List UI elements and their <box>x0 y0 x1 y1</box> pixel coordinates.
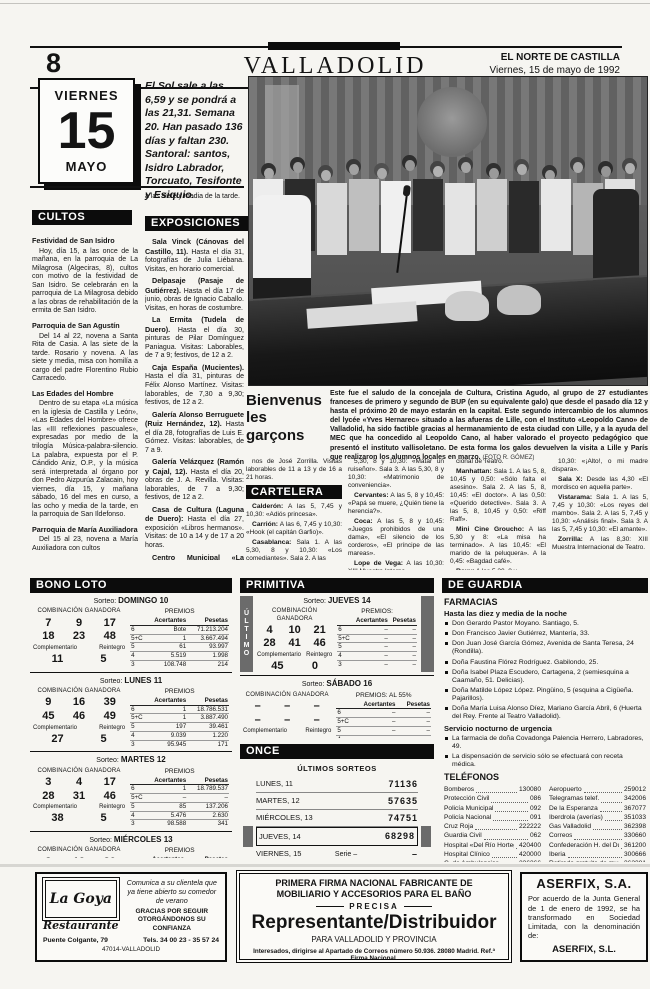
cinema-listing: 5,30, 8 y 10,30: «Matar un ruiseñor». Sa… <box>348 458 444 490</box>
cultos-header: CULTOS <box>32 210 132 225</box>
prize-row: 395.945171 <box>130 740 229 748</box>
phone-number: 086 <box>530 795 541 803</box>
phone-number: 361200 <box>624 842 646 850</box>
phone-number: 362381 <box>624 860 646 862</box>
phone-name: Confederación H. del Duero <box>549 842 619 850</box>
cinema-name: Calderón: <box>252 503 283 510</box>
exposiciones-header: EXPOSICIONES <box>145 216 255 231</box>
exposicion-details: Hasta el día 31, pinturas de Félix Alons… <box>145 373 244 406</box>
cartelera-column-4: 10,30: «¡Alto!, o mi madre dispara».Sala… <box>552 458 648 570</box>
once-section: ONCE ÚLTIMOS SORTEOS LUNES, 11 71136 MAR… <box>240 744 434 858</box>
phone-entry: Iberia300666 <box>549 851 646 859</box>
dotted-leader <box>600 811 622 812</box>
calendar-day-name: VIERNES <box>54 89 118 102</box>
prize-row: 5–– <box>336 726 431 735</box>
once-day: JUEVES, 14 <box>259 833 321 841</box>
prizes-panel: PREMIOS AcertantesPesetas 6Bote71.213.20… <box>130 608 229 668</box>
nocturno-item: La farmacia de doña Covadonga Palencia H… <box>444 735 646 751</box>
cultos-entry-body: Dentro de su etapa «La música en la igle… <box>32 400 138 519</box>
dotted-leader <box>491 802 528 803</box>
draw-name: MIÉRCOLES 13 <box>114 835 173 844</box>
prize-row: 6Bote71.213.204 <box>130 625 229 634</box>
dotted-leader <box>516 848 517 849</box>
top-hairline <box>0 3 650 4</box>
exposicion-entry: Galería Velázquez (Ramón y Cajal, 12). H… <box>145 458 244 503</box>
newspaper-name: EL NORTE DE CASTILLA <box>490 51 620 64</box>
prize-row: 3–– <box>337 660 417 668</box>
cinema-showtimes: cional de Teatro. <box>456 458 504 465</box>
bono-loto-section: BONO LOTO Sorteo: DOMINGO 10 COMBINACIÓN… <box>30 578 232 858</box>
once-winning-number: – <box>374 850 418 859</box>
dotted-leader <box>492 857 517 858</box>
winning-number: 46 <box>94 790 125 803</box>
winning-number: – <box>243 714 272 727</box>
dotted-leader <box>493 820 528 821</box>
header-accent-bar <box>268 42 400 50</box>
prize-row: 45.4762.630 <box>130 811 229 820</box>
distributor-ad-precisa: PRECISA <box>248 902 500 912</box>
calendar-month: MAYO <box>66 160 108 173</box>
la-goya-address: Puente Colgante, 79 <box>43 937 108 945</box>
prize-row: 5+C–– <box>130 794 229 803</box>
prize-row: 5–– <box>337 643 417 652</box>
winning-number: 3 <box>33 856 64 858</box>
winning-number: 49 <box>94 710 125 723</box>
reintegro-value: 5 <box>100 653 106 665</box>
photo-bags <box>445 291 489 321</box>
phone-entry: Telegramas telef.342006 <box>549 795 646 803</box>
prize-row: 4–– <box>337 652 417 661</box>
phone-number: 130080 <box>519 786 541 794</box>
once-draw-row: JUEVES, 14 68298 <box>256 827 418 846</box>
photo-tapestry-medallion <box>417 87 487 157</box>
cultos-entry-heading: Parroquia de San Agustín <box>32 322 138 331</box>
prizes-panel: PREMIOS: AcertantesPesetas 6––5+C––5––4–… <box>337 608 417 672</box>
once-draw-row: MIÉRCOLES, 13 74751 <box>256 810 418 827</box>
phone-entry: Aeropuerto259012 <box>549 786 646 794</box>
cinema-showtimes: 10,30: «¡Alto!, o mi madre dispara». <box>552 458 648 473</box>
phone-name: Gas Valladolid <box>549 823 591 831</box>
prizes-panel: PREMIOS AcertantesPesetas 6118.789.5375+… <box>130 768 229 828</box>
la-goya-postal: 47014-VALLADOLID <box>43 946 219 954</box>
cinema-listing: Zorrilla: A las 8,30: XIII Muestra Inter… <box>552 536 648 552</box>
sorteo-label: Sorteo: <box>96 757 119 764</box>
cinema-name: Cervantes: <box>354 492 389 499</box>
once-winning-number: 57635 <box>374 797 418 806</box>
winning-number: 7 <box>33 617 64 630</box>
phone-number: 342006 <box>624 795 646 803</box>
aserfix-body: Por acuerdo de la Junta General de 1 de … <box>528 894 640 940</box>
reintegro-label: Reintegro <box>99 645 125 652</box>
cinema-listing: Lope de Vega: A las 10,30: XIII Muestra … <box>348 560 444 570</box>
cinema-listing: Calderón: A las 5, 7,45 y 10,30: «Adiós … <box>246 503 342 519</box>
cultos-entry-body: Hoy, día 15, a las once de la mañana, en… <box>32 248 138 316</box>
winning-number: – <box>243 700 272 713</box>
prizes-table: AcertantesPesetas 6Bote108.797.3705+C497… <box>130 856 229 858</box>
cultos-entry-body: Del 14 al 22, novena a Santa Rita de Cas… <box>32 333 138 384</box>
winning-number: 9 <box>64 617 95 630</box>
once-day: LUNES, 11 <box>256 780 318 788</box>
dotted-leader <box>484 839 528 840</box>
phone-entry: Policía Nacional091 <box>444 814 541 822</box>
once-draw-row: MARTES, 12 57635 <box>256 793 418 810</box>
dotted-leader <box>574 839 622 840</box>
prizes-label: PREMIOS <box>130 768 229 776</box>
phone-entry: Correos330660 <box>549 832 646 840</box>
cultos-entry-heading: Las Edades del Hombre <box>32 390 138 399</box>
cultos-column: Festividad de San Isidro Hoy, día 15, a … <box>32 231 138 561</box>
cartelera-column-3: cional de Teatro.Manhattan: Sala 1. A la… <box>450 458 546 570</box>
prizes-label: PREMIOS <box>130 847 229 855</box>
acertantes-header: Acertantes <box>144 777 187 785</box>
primitiva-section: PRIMITIVA ÚLTIMO Sorteo: JUEVES 14 COMBI… <box>240 578 434 738</box>
winning-number: 28 <box>257 637 282 650</box>
de-guardia-header: DE GUARDIA <box>442 578 648 593</box>
telefonos-right-column: Aeropuerto259012 Telegramas telef.342006… <box>549 786 646 862</box>
prize-row: 585137.206 <box>130 802 229 811</box>
masthead: EL NORTE DE CASTILLA Viernes, 15 de mayo… <box>490 51 620 77</box>
prizes-table: AcertantesPesetas 6––5+C––5––4––3–– <box>337 617 417 669</box>
sorteo-label: Sorteo: <box>303 598 326 605</box>
winning-combination: COMBINACIÓN GANADORA 41021284146 Complem… <box>257 608 332 672</box>
la-goya-logo: La Goya <box>45 880 117 918</box>
prizes-table: AcertantesPesetas 6Bote71.213.2045+C13.6… <box>130 617 229 669</box>
phone-name: Hospital Clínico <box>444 851 490 859</box>
phone-name: Iberia <box>549 851 566 859</box>
left-divider <box>30 186 244 188</box>
phone-number: 330660 <box>624 832 646 840</box>
phone-name: Telegramas telef. <box>549 795 599 803</box>
phone-number: 300666 <box>624 851 646 859</box>
prizes-panel: PREMIOS AcertantesPesetas 6Bote108.797.3… <box>130 847 229 858</box>
dotted-leader <box>601 802 622 803</box>
cinema-listing: Coca: A las 5, 8 y 10,45: «Juegos prohib… <box>348 518 444 558</box>
pesetas-header: Pesetas <box>397 701 432 709</box>
la-goya-ad: La Goya Restaurante Comunica a su client… <box>35 872 227 962</box>
exposicion-entry: Casa de Cultura (Laguna de Duero): Hasta… <box>145 506 244 551</box>
prize-row: 5+C13.887.490 <box>130 714 229 723</box>
draw-name: SÁBADO 16 <box>326 679 372 688</box>
reintegro-value: 5 <box>101 812 107 824</box>
dotted-leader <box>475 829 517 830</box>
farmacia-item: Doña Isabel Plaza Escudero, Cartagena, 2… <box>444 669 646 685</box>
prize-row: 4–– <box>336 735 431 738</box>
telefonos-title: TELÉFONOS <box>444 772 646 784</box>
aserfix-ad: ASERFIX, S.A. Por acuerdo de la Junta Ge… <box>520 872 648 962</box>
farmacias-title: FARMACIAS <box>444 597 646 609</box>
distributor-ad-contact: Interesados, dirigirse al Apartado de Co… <box>248 948 500 964</box>
lottery-draw: Sorteo: MIÉRCOLES 13 COMBINACIÓN GANADOR… <box>30 831 232 858</box>
winning-number: 23 <box>64 630 95 643</box>
reintegro-label: Reintegro <box>99 804 125 811</box>
dotted-leader <box>495 811 528 812</box>
acertantes-header: Acertantes <box>144 697 187 705</box>
phone-entry: De la Esperanza367077 <box>549 805 646 813</box>
distributor-ad-headline: PRIMERA FIRMA NACIONAL FABRICANTE DE MOB… <box>248 878 500 900</box>
winning-number: 46 <box>64 710 95 723</box>
prizes-label: PREMIOS <box>130 608 229 616</box>
photo-crowd-faces <box>264 168 274 179</box>
phone-number: 092 <box>530 805 541 813</box>
cinema-name: Casablanca: <box>252 539 291 546</box>
complementario-label: Complementario <box>33 725 77 732</box>
cultos-entry-heading: Parroquia de María Auxiliadora <box>32 526 138 535</box>
cinema-name: Coca: <box>354 518 373 525</box>
dotted-leader <box>605 820 622 821</box>
farmacia-item: Don Francisco Javier Gutiérrez, Mantería… <box>444 630 646 638</box>
winning-number: 3 <box>33 776 64 789</box>
phone-entry: Gas Valladolid362398 <box>549 823 646 831</box>
once-subtitle: ÚLTIMOS SORTEOS <box>240 764 434 773</box>
draw-name: LUNES 11 <box>124 676 162 685</box>
phone-name: C. de Ambulancias <box>444 860 499 862</box>
farmacia-item: Don Juan José García Gómez, Avenida de S… <box>444 640 646 656</box>
cultos-entry-heading: Festividad de San Isidro <box>32 237 138 246</box>
cinema-listing: Mini Cine Groucho: A las 5,30 y 8: «La m… <box>450 526 546 566</box>
prize-row: 49.0391.220 <box>130 731 229 740</box>
farmacia-item: Doña Faustina Flórez Rodríguez. Gabilond… <box>444 659 646 667</box>
once-day: MARTES, 12 <box>256 797 318 805</box>
cinema-name: Sala X: <box>558 476 583 483</box>
calendar-box: VIERNES 15 MAYO <box>38 78 135 184</box>
cinema-name: Manhattan: <box>456 468 492 475</box>
lottery-draw: Sorteo: SÁBADO 16 COMBINACIÓN GANADORA –… <box>240 675 434 738</box>
phone-name: Hospital «Del Río Hortega» <box>444 842 514 850</box>
winning-combination: COMBINACIÓN GANADORA 31920213237 Complem… <box>33 847 125 858</box>
cinema-name: Roxy: <box>456 568 475 570</box>
prizes-label: PREMIOS <box>130 688 229 696</box>
phone-name: Policía Municipal <box>444 805 493 813</box>
winning-number: 9 <box>33 696 64 709</box>
cinema-listing: Roxy: A las 5,30, 8 y <box>450 568 546 570</box>
farmacia-item: Don Gerardo Pastor Moyano. Santiago, 5. <box>444 620 646 628</box>
once-winning-number: 71136 <box>374 780 418 789</box>
winning-number: 31 <box>64 790 95 803</box>
winning-number: 28 <box>33 790 64 803</box>
sorteo-label: Sorteo: <box>302 681 325 688</box>
prizes-label: PREMIOS: AL 55% <box>336 692 431 700</box>
phone-entry: Guardia Civil062 <box>444 832 541 840</box>
complementario-value: 38 <box>51 812 63 824</box>
winning-number: – <box>272 714 301 727</box>
dotted-leader <box>476 792 517 793</box>
draw-name: JUEVES 14 <box>328 596 371 605</box>
reintegro-label: Reintegro <box>306 652 332 659</box>
cultos-entry-body: Del 15 al 23, novena a María Auxiliadora… <box>32 536 138 553</box>
telefonos-left-column: Bomberos130080 Protección Civil086 Polic… <box>444 786 541 862</box>
winning-number: – <box>302 714 331 727</box>
prizes-panel: PREMIOS AcertantesPesetas 6118.786.5315+… <box>130 688 229 748</box>
prize-row: 6–– <box>336 709 431 718</box>
reintegro-value: 5 <box>101 733 107 745</box>
phone-entry: Confederación H. del Duero361200 <box>549 842 646 850</box>
winning-combination: COMBINACIÓN GANADORA 7917182348 Compleme… <box>33 608 125 668</box>
cinema-listing: cional de Teatro. <box>450 458 546 466</box>
nocturno-title: Servicio nocturno de urgencia <box>444 724 646 734</box>
cinema-name: Mini Cine Groucho: <box>456 526 524 533</box>
page-number: 8 <box>46 50 61 77</box>
cinema-name: Lope de Vega: <box>354 560 403 567</box>
prize-row: 6118.786.531 <box>130 705 229 714</box>
winning-number: 4 <box>64 776 95 789</box>
phone-entry: Retirada gratuita de muebles362381 <box>549 860 646 862</box>
nocturno-item: La dispensación de servicio sólo se efec… <box>444 753 646 769</box>
farmacia-item: Doña María Luisa Alonso Díez, Mariano Ga… <box>444 705 646 721</box>
phone-name: De la Esperanza <box>549 805 598 813</box>
exposicion-entry: Sala Vinck (Cánovas del Castillo, 11). H… <box>145 238 244 274</box>
cinema-name: Vistarama: <box>558 494 592 501</box>
once-draw-row: VIERNES, 15 Serie – – <box>256 846 418 858</box>
cartelera-column-1: nos de José Zorrilla. Visitas laborables… <box>246 458 342 570</box>
complementario-label: Complementario <box>33 645 77 652</box>
la-goya-thanks: GRACIAS POR SEGUIR OTORGÁNDONOS SU CONFI… <box>125 908 219 933</box>
prize-row: 5+C–– <box>337 634 417 643</box>
calendar-day-number: 15 <box>58 105 116 157</box>
once-serie: Serie – <box>318 851 374 858</box>
winning-number: 10 <box>282 624 307 637</box>
phone-entry: Hospital Clínico420000 <box>444 851 541 859</box>
draw-name: DOMINGO 10 <box>118 596 168 605</box>
cinema-showtimes: Sala 1. A las 5, 8, 10,45 y 0,50: «Sólo … <box>450 468 546 523</box>
once-header: ONCE <box>240 744 434 759</box>
column-continuation-text: a las siete y media de la tarde. <box>145 193 243 202</box>
phone-entry: Cruz Roja222222 <box>444 823 541 831</box>
winning-combination: COMBINACIÓN GANADORA –––––– Complementar… <box>243 692 331 738</box>
winning-number: 20 <box>94 856 125 858</box>
cinema-name: Carrión: <box>252 521 278 528</box>
la-goya-subtitle: Restaurante <box>43 920 119 931</box>
distributor-ad-role: Representante/Distribuidor <box>248 913 500 933</box>
combination-label: COMBINACIÓN GANADORA <box>33 768 125 775</box>
phone-number: 222222 <box>519 823 541 831</box>
bono-loto-header: BONO LOTO <box>30 578 232 593</box>
dotted-leader <box>593 829 622 830</box>
winning-number: 4 <box>257 624 282 637</box>
farmacias-subtitle: Hasta las diez y media de la noche <box>444 609 646 619</box>
prize-row: 5+C13.667.494 <box>130 634 229 643</box>
cartelera-section: nos de José Zorrilla. Visitas laborables… <box>246 458 648 570</box>
prizes-label: PREMIOS: <box>337 608 417 616</box>
newspaper-page: 8 VALLADOLID EL NORTE DE CASTILLA Vierne… <box>0 0 650 989</box>
combination-label: COMBINACIÓN GANADORA <box>33 688 125 695</box>
exposicion-entry: Centro Municipal «La Victoria» (San Seba… <box>145 554 244 560</box>
winning-combination: COMBINACIÓN GANADORA 3417283146 Compleme… <box>33 768 125 828</box>
winning-number: 46 <box>307 637 332 650</box>
reintegro-value: – <box>306 736 312 738</box>
winning-number: 19 <box>64 856 95 858</box>
caption-text: Este fue el saludo de la concejala de Cu… <box>330 390 648 461</box>
phone-number: 351033 <box>624 814 646 822</box>
winning-number: 45 <box>33 710 64 723</box>
exposiciones-overflow: nos de José Zorrilla. Visitas laborables… <box>246 458 342 482</box>
cinema-listing: Sala X: Desde las 4,30 «El mordisco en a… <box>552 476 648 492</box>
phone-name: Correos <box>549 832 572 840</box>
pesetas-header: Pesetas <box>389 617 417 625</box>
prize-row: 5+C–– <box>336 718 431 727</box>
winning-number: 21 <box>307 624 332 637</box>
phone-number: 062 <box>530 832 541 840</box>
dotted-leader <box>568 857 622 858</box>
aserfix-footer: ASERFIX, S.L. <box>528 944 640 955</box>
exposicion-entry: Delpasaje (Pasaje de Gutiérrez). Hasta e… <box>145 277 244 313</box>
lottery-draw: Sorteo: DOMINGO 10 COMBINACIÓN GANADORA … <box>30 593 232 672</box>
winning-combination: COMBINACIÓN GANADORA 91639454649 Complem… <box>33 688 125 748</box>
once-winning-number: 68298 <box>371 832 415 841</box>
lottery-draw: Sorteo: LUNES 11 COMBINACIÓN GANADORA 91… <box>30 672 232 752</box>
exposiciones-column: Sala Vinck (Cánovas del Castillo, 11). H… <box>145 238 244 560</box>
sorteo-label: Sorteo: <box>100 678 123 685</box>
la-goya-message: Comunica a su clientela que ya tiene abi… <box>125 878 219 905</box>
phone-entry: Bomberos130080 <box>444 786 541 794</box>
phone-number: 236366 <box>519 860 541 862</box>
acertantes-header: Acertantes <box>144 617 187 625</box>
reintegro-label: Reintegro <box>305 728 331 735</box>
winning-number: – <box>302 700 331 713</box>
exposicion-venue: Caja España (Mucientes). <box>152 363 244 372</box>
cinema-showtimes: 5,30, 8 y 10,30: «Matar un ruiseñor». Sa… <box>348 458 444 489</box>
acertantes-header: Acertantes <box>350 701 396 709</box>
winning-number: 16 <box>64 696 95 709</box>
exposicion-entry: La Ermita (Tudela de Duero). Hasta el dí… <box>145 316 244 361</box>
cinema-listing: Cervantes: A las 5, 8 y 10,45: «Papá se … <box>348 492 444 516</box>
pesetas-header: Pesetas <box>187 777 229 785</box>
prize-row: 6–– <box>337 625 417 634</box>
sun-santoral-info: El Sol sale a las 6,59 y se pondrá a las… <box>145 80 245 203</box>
once-results: LUNES, 11 71136 MARTES, 12 57635 MIÉRCOL… <box>240 776 434 858</box>
lottery-draw: ÚLTIMO Sorteo: JUEVES 14 COMBINACIÓN GAN… <box>240 593 434 675</box>
phone-entry: C. de Ambulancias236366 <box>444 860 541 862</box>
farmacias-list: Don Gerardo Pastor Moyano. Santiago, 5.D… <box>444 620 646 720</box>
phone-number: 259012 <box>624 786 646 794</box>
primitiva-header: PRIMITIVA <box>240 578 434 593</box>
once-day: VIERNES, 15 <box>256 850 318 858</box>
photo-headline: Bienvenus les garçons <box>246 392 326 444</box>
group-photo <box>248 76 648 386</box>
complementario-value: 27 <box>51 733 63 745</box>
once-winning-number: 74751 <box>374 814 418 823</box>
ultimo-tab: ÚLTIMO <box>240 596 253 672</box>
prizes-panel: PREMIOS: AL 55% AcertantesPesetas 6––5+C… <box>336 692 431 738</box>
distributor-ad: PRIMERA FIRMA NACIONAL FABRICANTE DE MOB… <box>236 870 512 963</box>
cartelera-header: CARTELERA <box>246 485 342 499</box>
sorteo-label: Sorteo: <box>94 598 117 605</box>
cinema-name: Zorrilla: <box>558 536 583 543</box>
prizes-table: AcertantesPesetas 6118.786.5315+C13.887.… <box>130 697 229 749</box>
complementario-label: Complementario <box>257 652 301 659</box>
winning-number: 39 <box>94 696 125 709</box>
primitiva-draws: ÚLTIMO Sorteo: JUEVES 14 COMBINACIÓN GAN… <box>240 593 434 738</box>
complementario-label: Complementario <box>243 728 287 735</box>
exposicion-venue: Centro Municipal «La Victoria» (San Seba… <box>145 553 244 560</box>
prize-row: 6118.789.537 <box>130 785 229 794</box>
phone-name: Cruz Roja <box>444 823 473 831</box>
prizes-table: AcertantesPesetas 6––5+C––5––4––3–– <box>336 701 431 738</box>
phone-number: 091 <box>530 814 541 822</box>
aserfix-title: ASERFIX, S.A. <box>528 877 640 891</box>
phone-name: Bomberos <box>444 786 474 794</box>
section-title: VALLADOLID <box>185 54 485 78</box>
phone-entry: Hospital «Del Río Hortega»420400 <box>444 842 541 850</box>
pesetas-header: Pesetas <box>185 856 229 858</box>
pesetas-header: Pesetas <box>187 617 229 625</box>
nocturno-list: La farmacia de doña Covadonga Palencia H… <box>444 735 646 769</box>
winning-number: 41 <box>282 637 307 650</box>
phone-number: 367077 <box>624 805 646 813</box>
de-guardia-section: DE GUARDIA FARMACIAS Hasta las diez y me… <box>442 578 648 862</box>
complementario-value: 11 <box>52 653 64 665</box>
sorteo-label: Sorteo: <box>89 837 112 844</box>
acertantes-header: Acertantes <box>144 856 185 858</box>
